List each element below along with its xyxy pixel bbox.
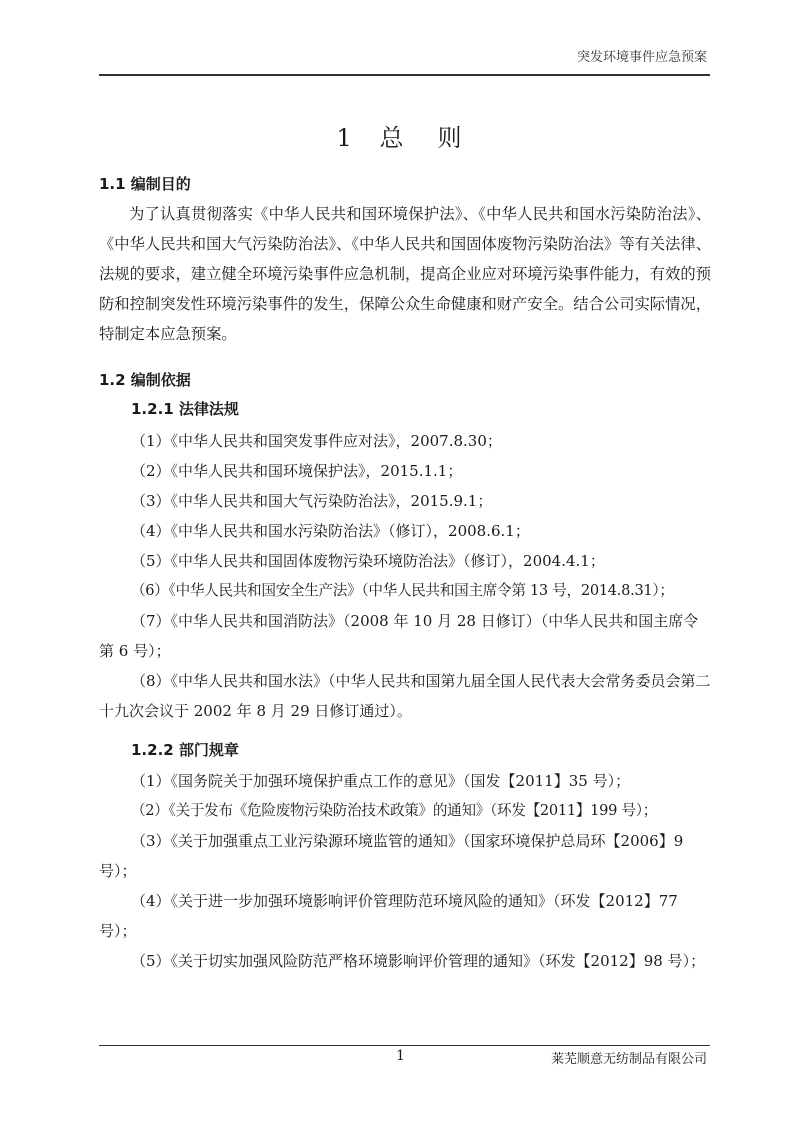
section-1-1-body: 为了认真贯彻落实《中华人民共和国环境保护法》、《中华人民共和国水污染防治法》、《… xyxy=(99,199,711,349)
section-heading-1-2-1: 1.2.1 法律法规 xyxy=(99,398,711,419)
law-item: （3）《中华人民共和国大气污染防治法》，2015.9.1； xyxy=(99,486,711,516)
law-item: （8）《中华人民共和国水法》（中华人民共和国第九届全国人民代表大会常务委员会第二… xyxy=(99,666,711,726)
footer-company-name: 莱芜顺意无纺制品有限公司 xyxy=(551,1048,707,1067)
purpose-paragraph: 为了认真贯彻落实《中华人民共和国环境保护法》、《中华人民共和国水污染防治法》、《… xyxy=(99,199,711,349)
header-divider xyxy=(99,74,710,76)
regulation-item: （1）《国务院关于加强环境保护重点工作的意见》（国发【2011】35 号）； xyxy=(99,766,711,796)
section-heading-1-1: 1.1 编制目的 xyxy=(99,173,711,194)
chapter-title-part2: 则 xyxy=(437,124,463,152)
law-item: （1）《中华人民共和国突发事件应对法》，2007.8.30； xyxy=(99,426,711,456)
law-item: （2）《中华人民共和国环境保护法》，2015.1.1； xyxy=(99,456,711,486)
chapter-number: 1 xyxy=(337,124,354,152)
laws-list: （1）《中华人民共和国突发事件应对法》，2007.8.30； （2）《中华人民共… xyxy=(99,426,711,726)
law-item: （6）《中华人民共和国安全生产法》（中华人民共和国主席令第 13 号，2014.… xyxy=(99,576,711,606)
law-item: （7）《中华人民共和国消防法》（2008 年 10 月 28 日修订）（中华人民… xyxy=(99,606,711,666)
regulation-item: （2）《关于发布《危险废物污染防治技术政策》的通知》（环发【2011】199 号… xyxy=(99,796,711,826)
section-heading-1-2: 1.2 编制依据 xyxy=(99,369,711,390)
running-header-title: 突发环境事件应急预案 xyxy=(577,46,707,65)
section-1-2-1: 1.2.1 法律法规 xyxy=(99,398,711,419)
chapter-title: 1 总则 xyxy=(0,118,800,153)
law-item: （4）《中华人民共和国水污染防治法》（修订），2008.6.1； xyxy=(99,516,711,546)
page-number: 1 xyxy=(396,1048,405,1064)
regulation-item: （3）《关于加强重点工业污染源环境监管的通知》（国家环境保护总局环【2006】9… xyxy=(99,826,711,886)
section-1-1: 1.1 编制目的 xyxy=(99,173,711,194)
chapter-title-part1: 总 xyxy=(379,124,405,152)
document-page: 突发环境事件应急预案 1 总则 1.1 编制目的 为了认真贯彻落实《中华人民共和… xyxy=(0,0,800,1131)
footer-divider xyxy=(99,1045,710,1046)
section-heading-1-2-2: 1.2.2 部门规章 xyxy=(99,739,711,760)
section-1-2-2: 1.2.2 部门规章 xyxy=(99,739,711,760)
regulations-list: （1）《国务院关于加强环境保护重点工作的意见》（国发【2011】35 号）； （… xyxy=(99,766,711,976)
regulation-item: （5）《关于切实加强风险防范严格环境影响评价管理的通知》（环发【2012】98 … xyxy=(99,946,711,976)
section-1-2: 1.2 编制依据 xyxy=(99,369,711,390)
law-item: （5）《中华人民共和国固体废物污染环境防治法》（修订），2004.4.1； xyxy=(99,546,711,576)
regulation-item: （4）《关于进一步加强环境影响评价管理防范环境风险的通知》（环发【2012】77… xyxy=(99,886,711,946)
